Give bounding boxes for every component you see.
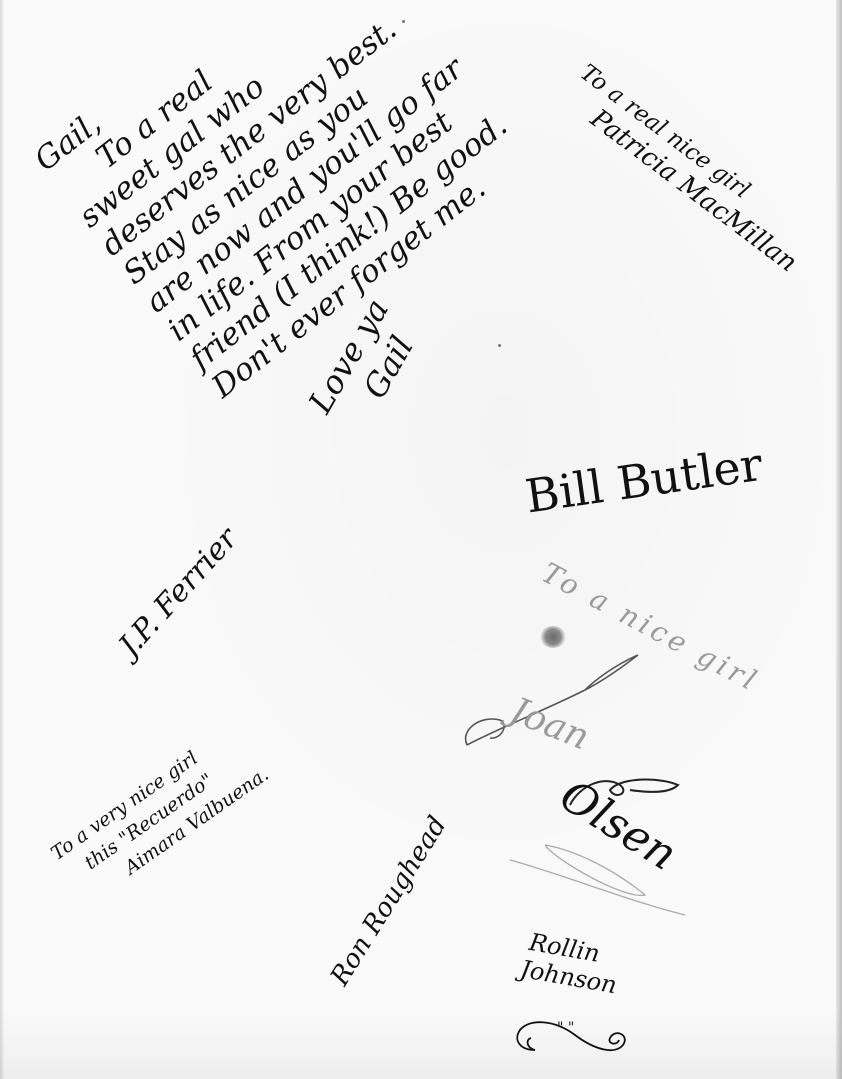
page-right-edge [836,0,842,1079]
jp-ferrier-signature: J.P. Ferrier [112,521,245,663]
page-left-edge [0,0,4,1079]
pencil-loop-icon [505,840,705,920]
ron-roughead-signature: Ron Roughead [325,811,453,991]
patricia-signature: Patricia MacMillan [585,104,803,279]
flourish-marks: " " [557,1020,574,1036]
speck [498,344,501,347]
patricia-entry: To a real nice girl Patricia MacMillan [556,58,821,278]
bill-butler-signature: Bill Butler [522,437,766,524]
speck [402,20,405,23]
rollin-johnson-signature: Rollin Johnson [522,928,624,999]
scroll-flourish-icon: " " [505,1010,635,1060]
gail-message: Gail, To a real sweet gal who deserves t… [28,0,536,405]
patricia-note: To a real nice girl [574,58,821,254]
autograph-page: Gail, To a real sweet gal who deserves t… [0,0,842,1079]
ink-smudge [540,626,566,648]
page-shadow [0,1009,842,1079]
aimara-entry: To a very nice girl this "Recuerdo" Aima… [46,718,275,912]
